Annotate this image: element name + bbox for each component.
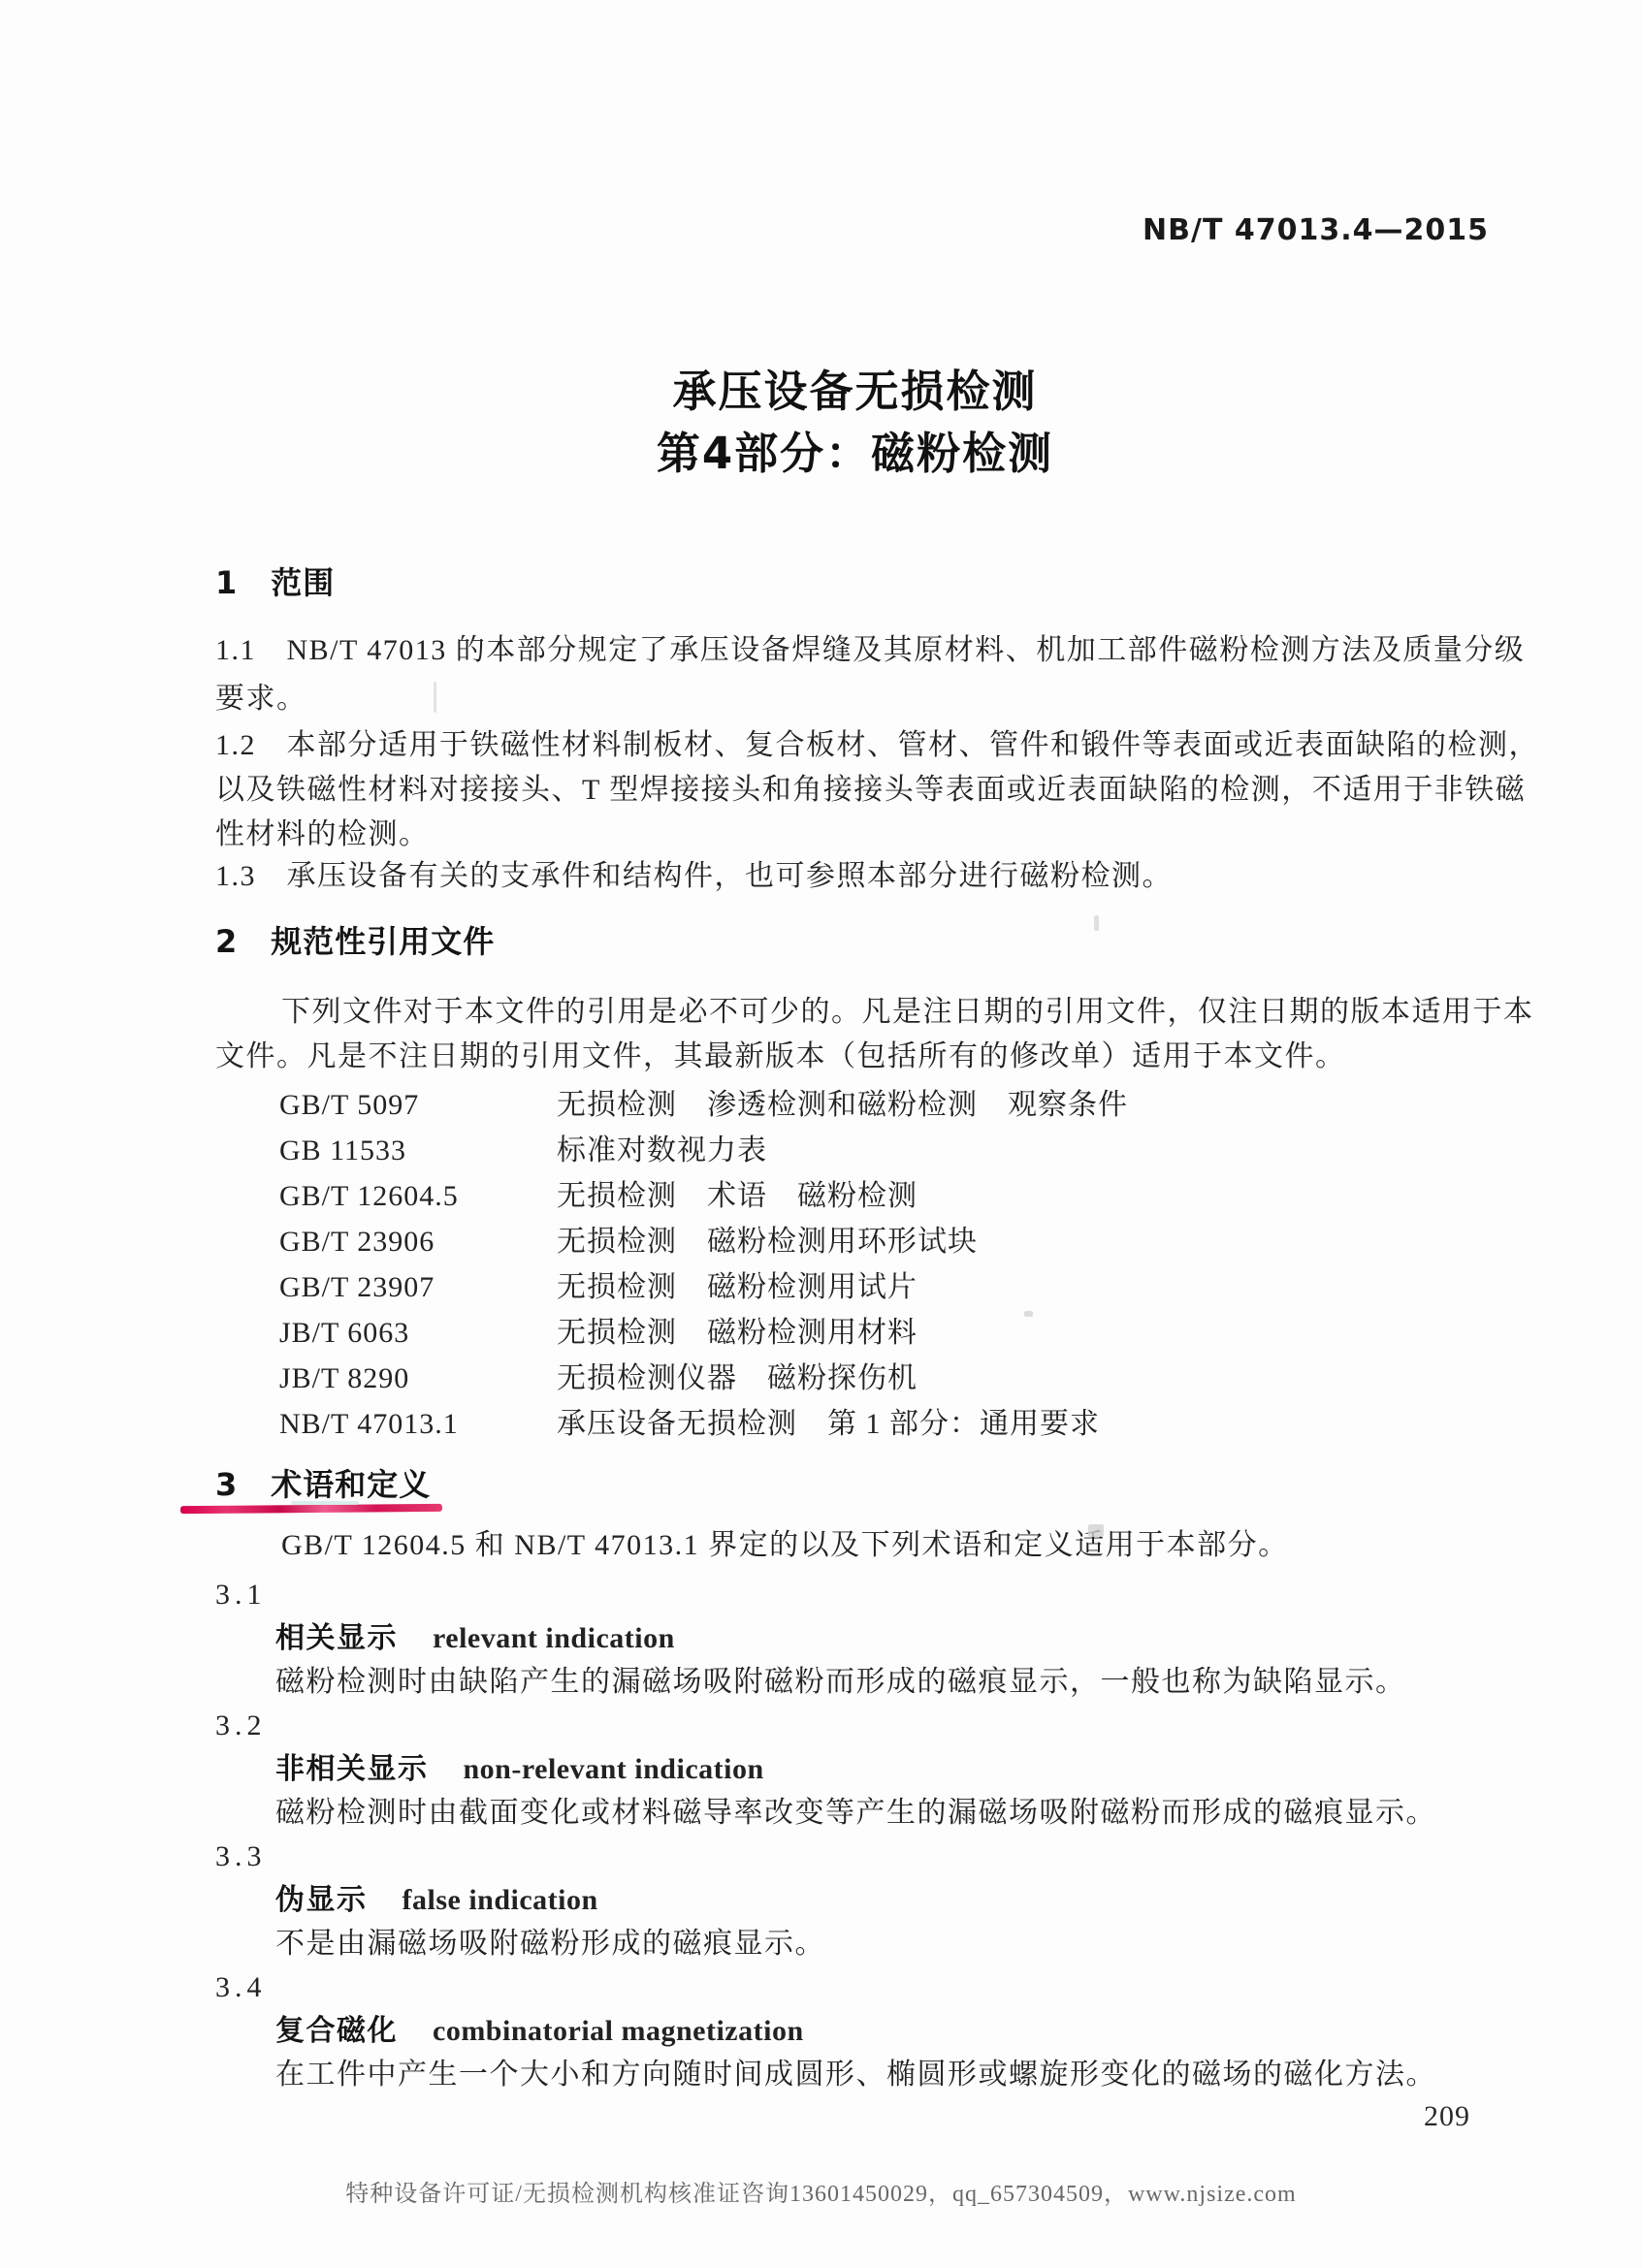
reference-title: 标准对数视力表	[557, 1128, 767, 1173]
reference-code: JB/T 8290	[279, 1356, 557, 1401]
paragraph-1-2-line1: 1.2 本部分适用于铁磁性材料制板材、复合板材、管材、管件和锻件等表面或近表面缺…	[215, 723, 1539, 768]
reference-item: JB/T 8290 无损检测仪器 磁粉探伤机	[279, 1356, 1128, 1401]
reference-code: GB/T 5097	[279, 1082, 557, 1128]
term-name: 伪显示false indication	[215, 1878, 1436, 1922]
reference-code: GB/T 23906	[279, 1219, 557, 1264]
term-definition: 磁粉检测时由缺陷产生的漏磁场吸附磁粉而形成的磁痕显示，一般也称为缺陷显示。	[215, 1660, 1436, 1704]
term-definition: 不是由漏磁场吸附磁粉形成的磁痕显示。	[215, 1922, 1436, 1965]
paragraph-1-2-line2: 以及铁磁性材料对接接头、T 型焊接接头和角接接头等表面或近表面缺陷的检测，不适用…	[215, 768, 1539, 813]
term-entry: 3.4 复合磁化combinatorial magnetization 在工件中…	[215, 1965, 1436, 2096]
term-name: 复合磁化combinatorial magnetization	[215, 2009, 1436, 2053]
reference-code: GB/T 23907	[279, 1264, 557, 1310]
page-number: 209	[1424, 2100, 1470, 2133]
scan-artifact	[434, 682, 436, 713]
paragraph-1-1: 1.1 NB/T 47013 的本部分规定了承压设备焊缝及其原材料、机加工部件磁…	[215, 626, 1525, 723]
reference-title: 无损检测 磁粉检测用环形试块	[557, 1219, 978, 1264]
references-list: GB/T 5097 无损检测 渗透检测和磁粉检测 观察条件 GB 11533 标…	[279, 1082, 1128, 1447]
red-marker-underline	[180, 1504, 442, 1514]
paragraph-1-3: 1.3 承压设备有关的支承件和结构件，也可参照本部分进行磁粉检测。	[215, 854, 1173, 899]
term-name-zh: 复合磁化	[275, 2014, 398, 2048]
document-code-header: NB/T 47013.4—2015	[1143, 213, 1489, 247]
reference-code: GB/T 12604.5	[279, 1173, 557, 1219]
document-title: 承压设备无损检测 第4部分：磁粉检测	[68, 361, 1642, 485]
section-3-title: 术语和定义	[271, 1466, 431, 1503]
scan-artifact	[1094, 915, 1099, 931]
section-2-title: 规范性引用文件	[271, 923, 495, 960]
term-number: 3.4	[215, 1965, 1436, 2009]
references-intro: 下列文件对于本文件的引用是必不可少的。凡是注日期的引用文件，仅注日期的版本适用于…	[215, 990, 1534, 1079]
term-name-en: non-relevant indication	[464, 1753, 764, 1785]
term-number: 3.1	[215, 1573, 1436, 1616]
term-name-zh: 伪显示	[275, 1883, 368, 1917]
term-name: 非相关显示non-relevant indication	[215, 1747, 1436, 1791]
term-name-zh: 相关显示	[275, 1621, 398, 1655]
paragraph-1-2: 1.2 本部分适用于铁磁性材料制板材、复合板材、管材、管件和锻件等表面或近表面缺…	[215, 723, 1539, 857]
terms-list: 3.1 相关显示relevant indication 磁粉检测时由缺陷产生的漏…	[215, 1573, 1436, 2096]
reference-item: GB/T 23906 无损检测 磁粉检测用环形试块	[279, 1219, 1128, 1264]
reference-code: JB/T 6063	[279, 1310, 557, 1356]
reference-item: GB 11533 标准对数视力表	[279, 1128, 1128, 1173]
scan-artifact	[1088, 1524, 1104, 1537]
section-3-number: 3	[215, 1466, 238, 1503]
reference-item: GB/T 12604.5 无损检测 术语 磁粉检测	[279, 1173, 1128, 1219]
reference-item: GB/T 5097 无损检测 渗透检测和磁粉检测 观察条件	[279, 1082, 1128, 1128]
document-title-line1: 承压设备无损检测	[68, 361, 1642, 423]
reference-code: GB 11533	[279, 1128, 557, 1173]
term-definition: 磁粉检测时由截面变化或材料磁导率改变等产生的漏磁场吸附磁粉而形成的磁痕显示。	[215, 1791, 1436, 1835]
term-number: 3.3	[215, 1835, 1436, 1878]
document-title-line2: 第4部分：磁粉检测	[68, 423, 1642, 485]
term-number: 3.2	[215, 1704, 1436, 1747]
scan-artifact	[1024, 1311, 1033, 1317]
reference-title: 承压设备无损检测 第 1 部分：通用要求	[557, 1401, 1100, 1447]
term-definition: 在工件中产生一个大小和方向随时间成圆形、椭圆形或螺旋形变化的磁场的磁化方法。	[215, 2053, 1436, 2096]
scan-artifact	[291, 1501, 359, 1505]
term-entry: 3.1 相关显示relevant indication 磁粉检测时由缺陷产生的漏…	[215, 1573, 1436, 1704]
paragraph-1-1-line2: 要求。	[215, 675, 1525, 723]
reference-item: JB/T 6063 无损检测 磁粉检测用材料	[279, 1310, 1128, 1356]
section-2-number: 2	[215, 923, 238, 960]
reference-title: 无损检测 磁粉检测用材料	[557, 1310, 918, 1356]
reference-code: NB/T 47013.1	[279, 1401, 557, 1447]
term-name-en: relevant indication	[433, 1622, 675, 1654]
term-name-zh: 非相关显示	[275, 1752, 429, 1786]
references-intro-line1: 下列文件对于本文件的引用是必不可少的。凡是注日期的引用文件，仅注日期的版本适用于…	[215, 990, 1534, 1035]
term-name-en: false indication	[402, 1884, 598, 1916]
reference-title: 无损检测 磁粉检测用试片	[557, 1264, 918, 1310]
section-1-heading: 1范围	[215, 559, 335, 603]
terms-intro: GB/T 12604.5 和 NB/T 47013.1 界定的以及下列术语和定义…	[215, 1523, 1289, 1568]
footer-watermark: 特种设备许可证/无损检测机构核准证咨询13601450029，qq_657304…	[0, 2174, 1642, 2208]
references-intro-line2: 文件。凡是不注日期的引用文件，其最新版本（包括所有的修改单）适用于本文件。	[215, 1035, 1534, 1079]
section-1-number: 1	[215, 564, 238, 601]
paragraph-1-1-line1: 1.1 NB/T 47013 的本部分规定了承压设备焊缝及其原材料、机加工部件磁…	[215, 626, 1525, 675]
section-1-title: 范围	[271, 564, 335, 601]
term-entry: 3.2 非相关显示non-relevant indication 磁粉检测时由截…	[215, 1704, 1436, 1835]
paragraph-1-2-line3: 性材料的检测。	[215, 813, 1539, 857]
section-3-heading: 3术语和定义	[215, 1460, 431, 1505]
term-entry: 3.3 伪显示false indication 不是由漏磁场吸附磁粉形成的磁痕显…	[215, 1835, 1436, 1965]
term-name-en: combinatorial magnetization	[433, 2015, 804, 2047]
section-2-heading: 2规范性引用文件	[215, 917, 495, 962]
reference-title: 无损检测仪器 磁粉探伤机	[557, 1356, 918, 1401]
reference-title: 无损检测 术语 磁粉检测	[557, 1173, 918, 1219]
reference-title: 无损检测 渗透检测和磁粉检测 观察条件	[557, 1082, 1128, 1128]
scanned-document-page: NB/T 47013.4—2015 承压设备无损检测 第4部分：磁粉检测 1范围…	[0, 0, 1642, 2268]
reference-item: GB/T 23907 无损检测 磁粉检测用试片	[279, 1264, 1128, 1310]
term-name: 相关显示relevant indication	[215, 1616, 1436, 1660]
reference-item: NB/T 47013.1 承压设备无损检测 第 1 部分：通用要求	[279, 1401, 1128, 1447]
